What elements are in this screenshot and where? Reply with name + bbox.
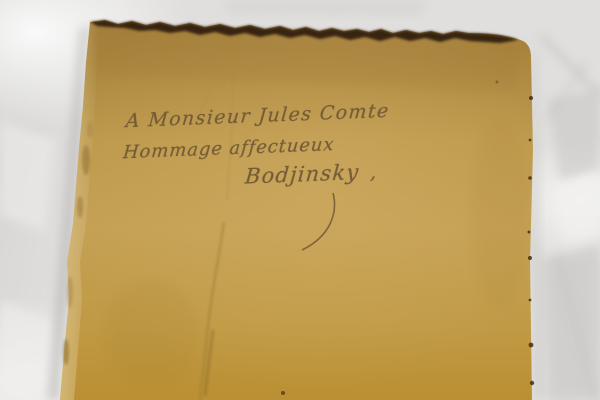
book-cover [60, 20, 533, 400]
book-cover-illustration [0, 0, 600, 400]
cover-speck [281, 391, 285, 395]
cover-speck [496, 81, 499, 84]
photograph-of-book-cover: A Monsieur Jules Comte Hommage affectueu… [0, 0, 600, 400]
